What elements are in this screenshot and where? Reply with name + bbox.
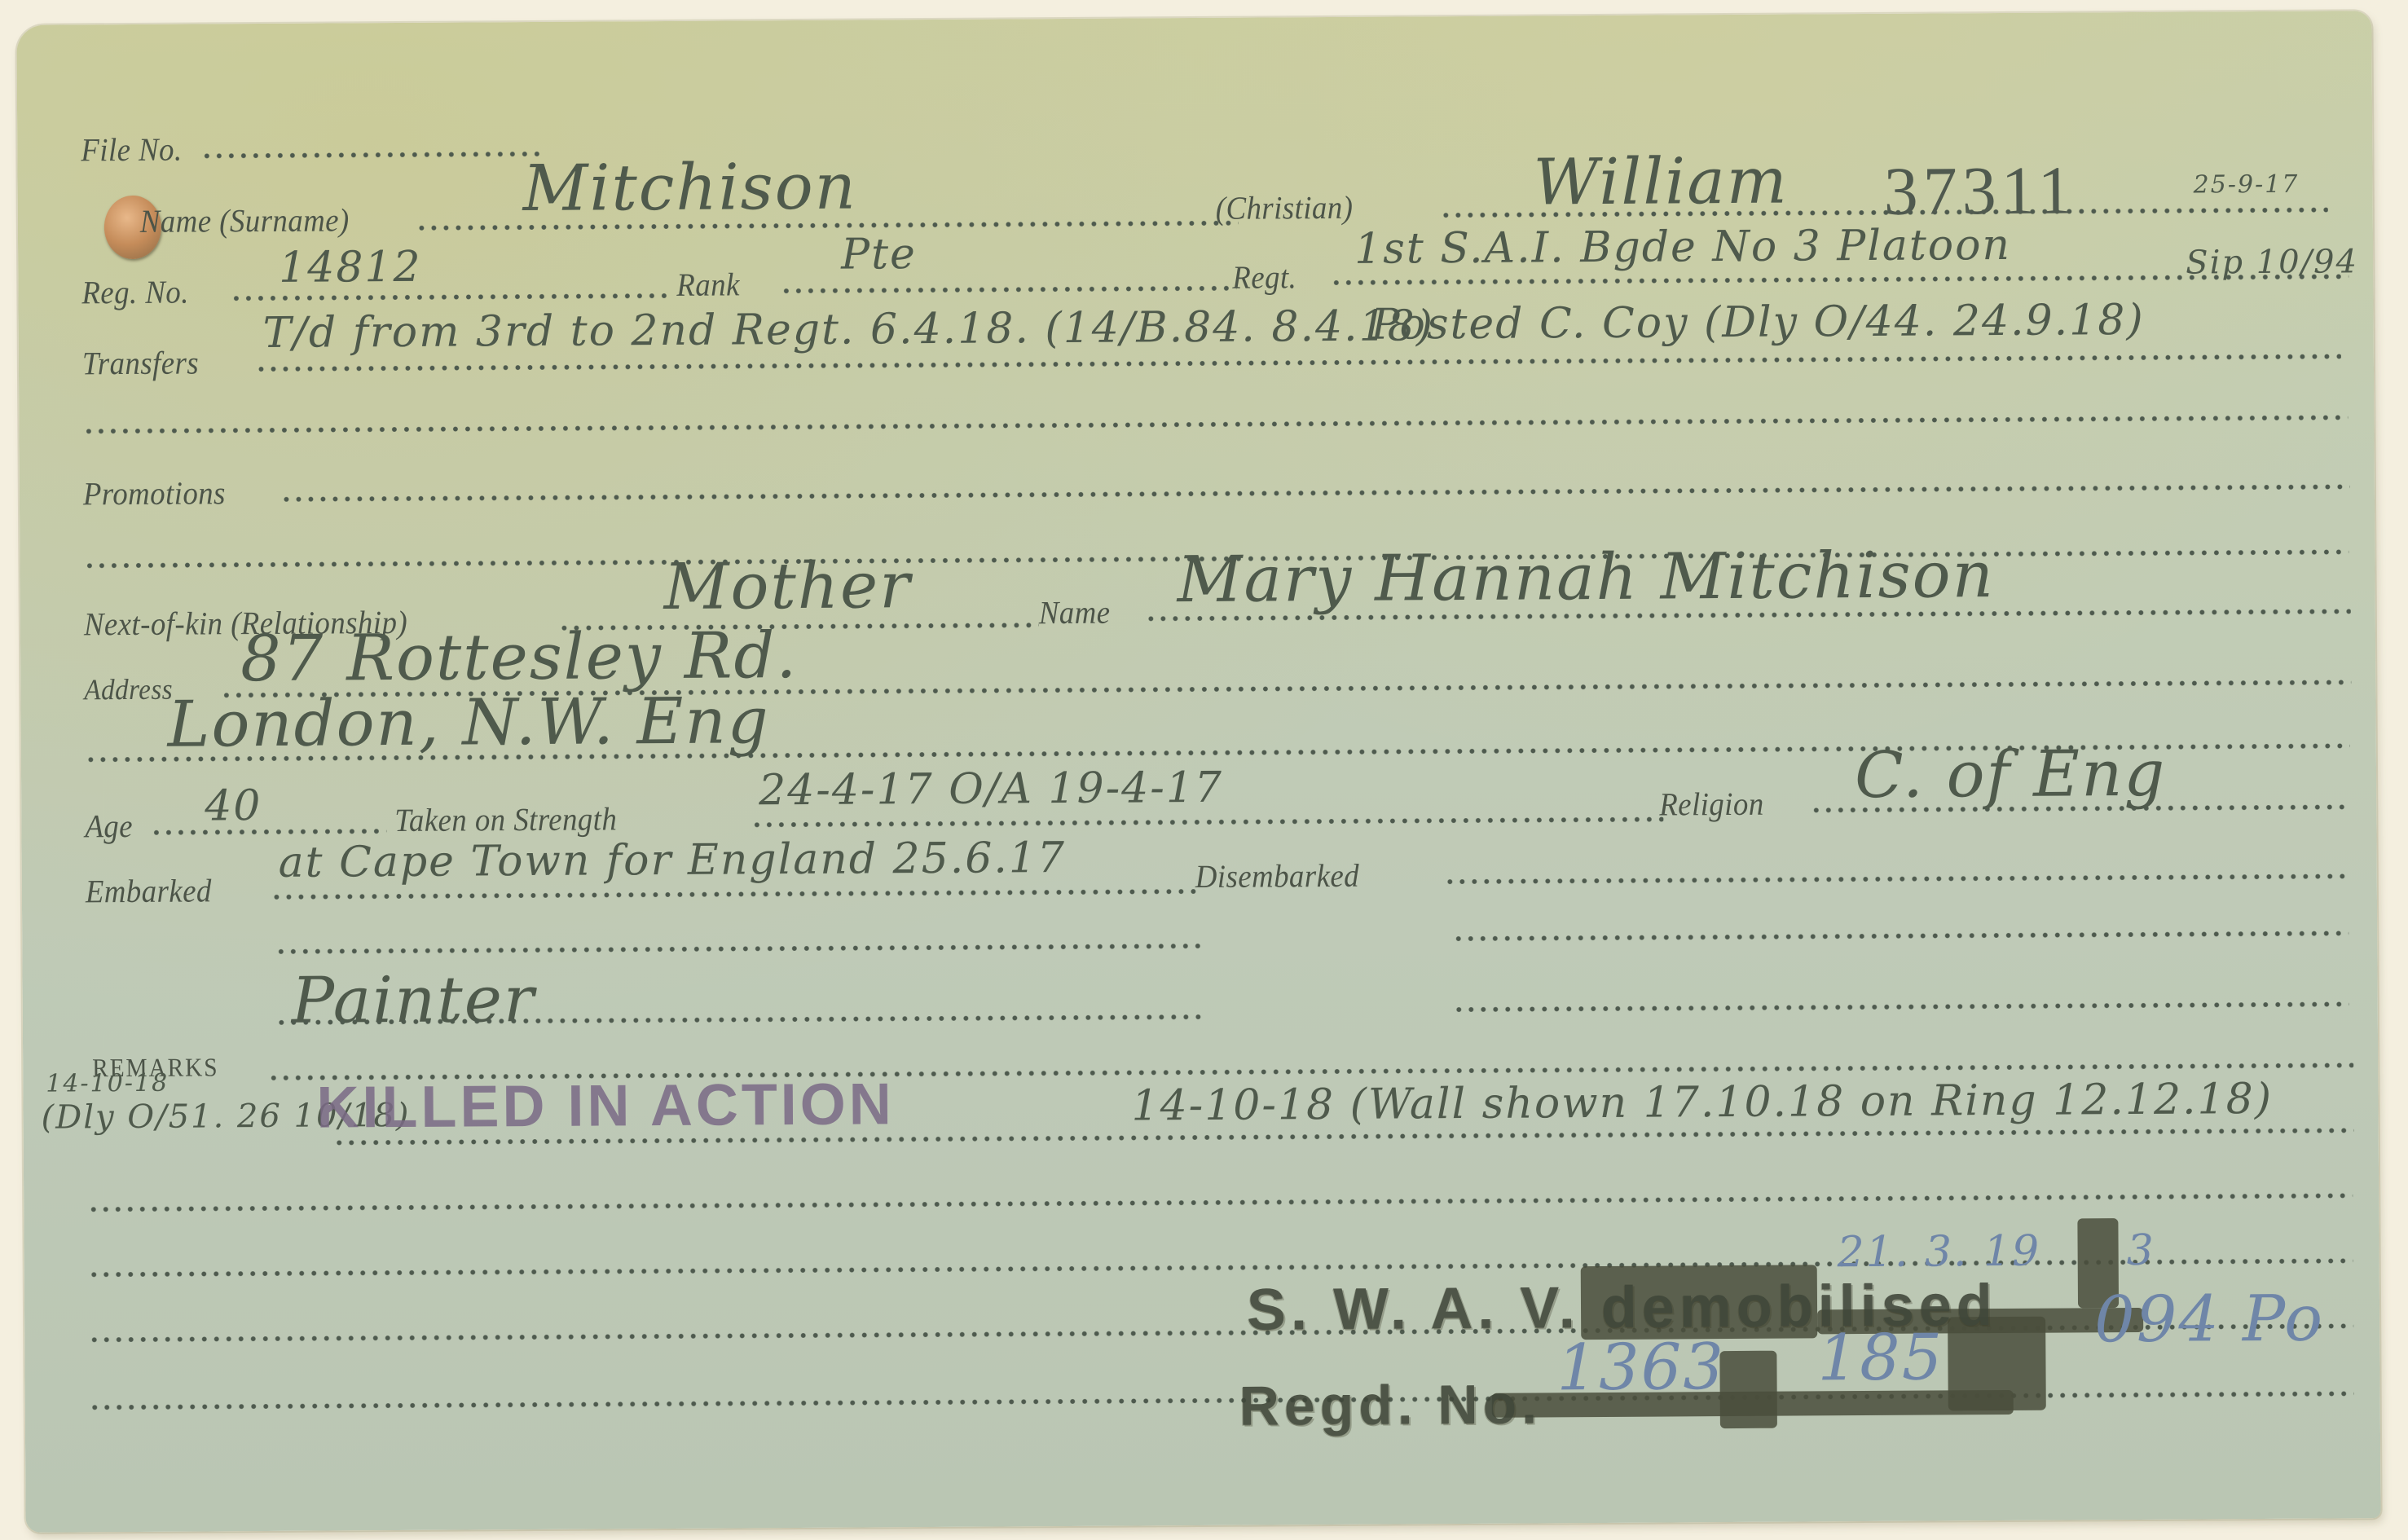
- remarks-line-3: [87, 1192, 2353, 1212]
- rank-line: [780, 285, 1236, 294]
- nok-relationship-value: Mother: [663, 549, 911, 624]
- rank-value: Pte: [841, 230, 917, 279]
- rank-label: Rank: [676, 265, 740, 303]
- discharge-suffix: 3: [2126, 1226, 2155, 1275]
- embarked-value: at Cape Town for England 25.6.17: [278, 834, 1066, 887]
- reg-no-value: 14812: [279, 243, 422, 293]
- christian-date: 25-9-17: [2194, 170, 2300, 200]
- regd-no-value: 1363: [1556, 1331, 1725, 1405]
- embarked-label: Embarked: [86, 871, 212, 910]
- transfers-posted: Posted C. Coy (Dly O/44. 24.9.18): [1371, 296, 2144, 350]
- remarks-detail: 14-10-18 (Wall shown 17.10.18 on Ring 12…: [1131, 1075, 2273, 1131]
- surname-label: Name (Surname): [140, 200, 350, 240]
- taken-on-strength-line: [751, 816, 1663, 829]
- disembarked-line-2: [1452, 930, 2349, 942]
- religion-value: C. of Eng: [1855, 737, 2167, 812]
- stamp-block-3: [1719, 1351, 1777, 1428]
- promotions-label: Promotions: [83, 473, 226, 513]
- disembarked-line: [1444, 873, 2349, 885]
- service-record-card: File No. Name (Surname) Mitchison (Chris…: [16, 11, 2380, 1533]
- transfers-label: Transfers: [82, 343, 200, 382]
- nok-name-label: Name: [1039, 593, 1111, 632]
- age-line: [150, 828, 386, 836]
- file-no-line: [200, 151, 543, 160]
- religion-label: Religion: [1659, 785, 1764, 824]
- file-no-label: File No.: [81, 130, 183, 169]
- disembarked-line-3: [1453, 1001, 2349, 1013]
- taken-on-strength-label: Taken on Strength: [394, 799, 617, 839]
- nok-name-value: Mary Hannah Mitchison: [1177, 539, 1995, 617]
- transfers-value: T/d from 3rd to 2nd Regt. 6.4.18. (14/B.…: [263, 301, 1435, 358]
- age-value: 40: [205, 781, 262, 830]
- remarks-date-note: 14-10-18: [46, 1069, 169, 1098]
- transfers-line: [255, 353, 2341, 372]
- regt-value: 1st S.A.I. Bgde No 3 Platoon: [1354, 221, 2011, 274]
- transfers-line-2: [82, 414, 2348, 434]
- promotions-line: [280, 483, 2350, 503]
- taken-on-strength-value: 24-4-17 O/A 19-4-17: [759, 763, 1223, 815]
- regd-ref-value: 094 Po: [2094, 1283, 2324, 1357]
- christian-label: (Christian): [1216, 188, 1354, 227]
- surname-value: Mitchison: [522, 151, 857, 227]
- regd-lot-value: 185: [1817, 1321, 1944, 1395]
- regd-no-label: Regd. No.: [1239, 1372, 1543, 1437]
- address-line2: London, N.W. Eng: [167, 684, 770, 762]
- killed-in-action-stamp: KILLED IN ACTION: [316, 1071, 895, 1141]
- disembarked-label: Disembarked: [1195, 856, 1360, 895]
- address-label: Address: [84, 672, 173, 707]
- discharge-date: 21. 3. 19: [1837, 1227, 2040, 1278]
- age-label: Age: [85, 807, 133, 845]
- christian-number: 37311: [1883, 151, 2076, 231]
- embarked-line: [271, 888, 1200, 900]
- christian-value: William: [1533, 145, 1789, 220]
- regt-label: Regt.: [1232, 257, 1296, 296]
- reg-no-label: Reg. No.: [81, 273, 189, 312]
- regt-note: Sip 10/94: [2186, 243, 2358, 281]
- reg-no-line: [230, 293, 670, 301]
- occupation-value: Painter: [291, 963, 535, 1038]
- embarked-line-2: [275, 943, 1204, 955]
